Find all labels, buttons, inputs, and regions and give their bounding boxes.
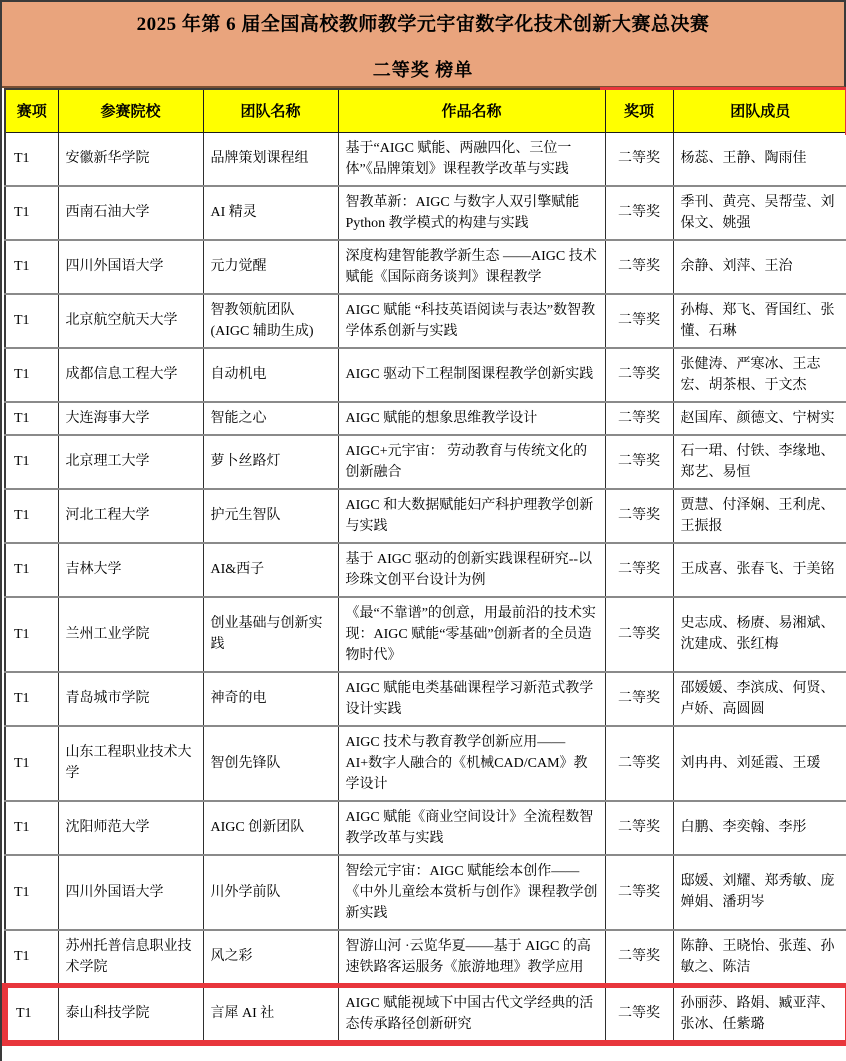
cell-members: 邸媛、刘耀、郑秀敏、庞婵娟、潘玥岑 (673, 855, 846, 930)
table-row: T1 兰州工业学院 创业基础与创新实践 《最“不靠谱”的创意，用最前沿的技术实现… (5, 597, 846, 672)
cell-members: 史志成、杨赓、易湘斌、沈建成、张红梅 (673, 597, 846, 672)
table-body: T1 安徽新华学院 品牌策划课程组 基于“AIGC 赋能、两融四化、三位一体”《… (5, 132, 846, 1043)
cell-school: 北京理工大学 (58, 435, 203, 489)
cell-award: 二等奖 (605, 543, 673, 597)
table-row: T1 山东工程职业技术大学 智创先锋队 AIGC 技术与教育教学创新应用——AI… (5, 726, 846, 801)
cell-school: 苏州托普信息职业技术学院 (58, 930, 203, 986)
header-work: 作品名称 (338, 89, 605, 132)
cell-members: 张健涛、严寒冰、王志宏、胡茶根、于文杰 (673, 348, 846, 402)
cell-members: 王成喜、张春飞、于美铭 (673, 543, 846, 597)
cell-team: 神奇的电 (203, 672, 338, 726)
cell-members: 孙丽莎、路娟、臧亚萍、张冰、任紫璐 (673, 985, 846, 1043)
header-event: 赛项 (5, 89, 58, 132)
table-row: T1 河北工程大学 护元生智队 AIGC 和大数据赋能妇产科护理教学创新与实践 … (5, 489, 846, 543)
cell-award: 二等奖 (605, 186, 673, 240)
cell-award: 二等奖 (605, 930, 673, 986)
cell-work: AIGC 赋能视域下中国古代文学经典的活态传承路径创新研究 (338, 985, 605, 1043)
cell-members: 余静、刘萍、王治 (673, 240, 846, 294)
cell-award: 二等奖 (605, 855, 673, 930)
cell-event: T1 (5, 402, 58, 435)
table-row: T1 泰山科技学院 言犀 AI 社 AIGC 赋能视域下中国古代文学经典的活态传… (5, 985, 846, 1043)
cell-team: 智教领航团队(AIGC 辅助生成) (203, 294, 338, 348)
table-row: T1 青岛城市学院 神奇的电 AIGC 赋能电类基础课程学习新范式教学设计实践 … (5, 672, 846, 726)
cell-school: 吉林大学 (58, 543, 203, 597)
cell-work: AIGC+元宇宙： 劳动教育与传统文化的创新融合 (338, 435, 605, 489)
table-row: T1 四川外国语大学 元力觉醒 深度构建智能教学新生态 ——AIGC 技术赋能《… (5, 240, 846, 294)
cell-work: AIGC 赋能 “科技英语阅读与表达”数智教学体系创新与实践 (338, 294, 605, 348)
cell-team: AIGC 创新团队 (203, 801, 338, 855)
cell-event: T1 (5, 930, 58, 986)
cell-members: 陈静、王晓怡、张莲、孙敏之、陈洁 (673, 930, 846, 986)
cell-team: 萝卜丝路灯 (203, 435, 338, 489)
cell-team: 元力觉醒 (203, 240, 338, 294)
header-award: 奖项 (605, 89, 673, 132)
cell-school: 西南石油大学 (58, 186, 203, 240)
cell-work: AIGC 赋能电类基础课程学习新范式教学设计实践 (338, 672, 605, 726)
table-header: 赛项 参赛院校 团队名称 作品名称 奖项 团队成员 (5, 89, 846, 132)
awards-table: 赛项 参赛院校 团队名称 作品名称 奖项 团队成员 T1 安徽新华学院 品牌策划… (2, 88, 846, 1046)
cell-work: AIGC 赋能的想象思维教学设计 (338, 402, 605, 435)
header-members: 团队成员 (673, 89, 846, 132)
cell-members: 白鹏、李奕翰、李彤 (673, 801, 846, 855)
cell-work: 智绘元宇宙：AIGC 赋能绘本创作——《中外儿童绘本赏析与创作》课程教学创新实践 (338, 855, 605, 930)
cell-award: 二等奖 (605, 294, 673, 348)
cell-event: T1 (5, 543, 58, 597)
cell-work: 深度构建智能教学新生态 ——AIGC 技术赋能《国际商务谈判》课程教学 (338, 240, 605, 294)
cell-award: 二等奖 (605, 597, 673, 672)
cell-members: 孙梅、郑飞、胥国红、张懂、石琳 (673, 294, 846, 348)
cell-work: 《最“不靠谱”的创意，用最前沿的技术实现：AIGC 赋能“零基础”创新者的全员造… (338, 597, 605, 672)
header-team: 团队名称 (203, 89, 338, 132)
table-row: T1 大连海事大学 智能之心 AIGC 赋能的想象思维教学设计 二等奖 赵国库、… (5, 402, 846, 435)
cell-event: T1 (5, 726, 58, 801)
cell-award: 二等奖 (605, 672, 673, 726)
cell-event: T1 (5, 672, 58, 726)
cell-award: 二等奖 (605, 726, 673, 801)
cell-school: 北京航空航天大学 (58, 294, 203, 348)
cell-team: 品牌策划课程组 (203, 132, 338, 186)
cell-work: 基于“AIGC 赋能、两融四化、三位一体”《品牌策划》课程教学改革与实践 (338, 132, 605, 186)
cell-school: 青岛城市学院 (58, 672, 203, 726)
cell-award: 二等奖 (605, 801, 673, 855)
cell-award: 二等奖 (605, 132, 673, 186)
title-block: 2025 年第 6 届全国高校教师教学元宇宙数字化技术创新大赛总决赛 二等奖 榜… (2, 2, 846, 88)
header-row: 赛项 参赛院校 团队名称 作品名称 奖项 团队成员 (5, 89, 846, 132)
cell-work: AIGC 技术与教育教学创新应用——AI+数字人融合的《机械CAD/CAM》教学… (338, 726, 605, 801)
cell-event: T1 (5, 855, 58, 930)
red-annotation-top-line (600, 87, 846, 90)
cell-school: 兰州工业学院 (58, 597, 203, 672)
cell-school: 河北工程大学 (58, 489, 203, 543)
cell-members: 石一珺、付铁、李缘地、郑艺、易恒 (673, 435, 846, 489)
cell-award: 二等奖 (605, 985, 673, 1043)
table-row: T1 北京航空航天大学 智教领航团队(AIGC 辅助生成) AIGC 赋能 “科… (5, 294, 846, 348)
cell-members: 贾慧、付泽娴、王利虎、王振报 (673, 489, 846, 543)
cell-members: 刘冉冉、刘延霞、王瑗 (673, 726, 846, 801)
table-row: T1 沈阳师范大学 AIGC 创新团队 AIGC 赋能《商业空间设计》全流程数智… (5, 801, 846, 855)
cell-event: T1 (5, 985, 58, 1043)
table-row: T1 吉林大学 AI&西子 基于 AIGC 驱动的创新实践课程研究--以珍珠文创… (5, 543, 846, 597)
cell-team: 风之彩 (203, 930, 338, 986)
cell-members: 杨蕊、王静、陶雨佳 (673, 132, 846, 186)
table-row: T1 成都信息工程大学 自动机电 AIGC 驱动下工程制图课程教学创新实践 二等… (5, 348, 846, 402)
cell-team: 智能之心 (203, 402, 338, 435)
cell-work: AIGC 赋能《商业空间设计》全流程数智教学改革与实践 (338, 801, 605, 855)
cell-members: 赵国库、颜德文、宁树实 (673, 402, 846, 435)
cell-work: AIGC 和大数据赋能妇产科护理教学创新与实践 (338, 489, 605, 543)
cell-award: 二等奖 (605, 402, 673, 435)
cell-event: T1 (5, 294, 58, 348)
cell-work: 智教革新：AIGC 与数字人双引擎赋能 Python 教学模式的构建与实践 (338, 186, 605, 240)
table-row: T1 北京理工大学 萝卜丝路灯 AIGC+元宇宙： 劳动教育与传统文化的创新融合… (5, 435, 846, 489)
cell-members: 季刊、黄亮、吴帮莹、刘保文、姚强 (673, 186, 846, 240)
cell-team: 言犀 AI 社 (203, 985, 338, 1043)
cell-school: 大连海事大学 (58, 402, 203, 435)
cell-event: T1 (5, 597, 58, 672)
cell-school: 四川外国语大学 (58, 855, 203, 930)
cell-team: 创业基础与创新实践 (203, 597, 338, 672)
header-school: 参赛院校 (58, 89, 203, 132)
cell-school: 成都信息工程大学 (58, 348, 203, 402)
page-subtitle: 二等奖 榜单 (2, 56, 844, 82)
cell-team: AI 精灵 (203, 186, 338, 240)
cell-event: T1 (5, 186, 58, 240)
cell-members: 邵媛媛、李滨成、何贤、卢娇、高圆圆 (673, 672, 846, 726)
award-list-page: 2025 年第 6 届全国高校教师教学元宇宙数字化技术创新大赛总决赛 二等奖 榜… (0, 0, 846, 1061)
cell-work: 智游山河 ·云览华夏——基于 AIGC 的高速铁路客运服务《旅游地理》教学应用 (338, 930, 605, 986)
cell-award: 二等奖 (605, 348, 673, 402)
cell-work: AIGC 驱动下工程制图课程教学创新实践 (338, 348, 605, 402)
cell-event: T1 (5, 489, 58, 543)
cell-school: 安徽新华学院 (58, 132, 203, 186)
table-row: T1 安徽新华学院 品牌策划课程组 基于“AIGC 赋能、两融四化、三位一体”《… (5, 132, 846, 186)
cell-team: 智创先锋队 (203, 726, 338, 801)
cell-work: 基于 AIGC 驱动的创新实践课程研究--以珍珠文创平台设计为例 (338, 543, 605, 597)
cell-team: 护元生智队 (203, 489, 338, 543)
cell-event: T1 (5, 240, 58, 294)
cell-event: T1 (5, 435, 58, 489)
cell-school: 山东工程职业技术大学 (58, 726, 203, 801)
cell-event: T1 (5, 132, 58, 186)
cell-team: 川外学前队 (203, 855, 338, 930)
cell-team: 自动机电 (203, 348, 338, 402)
cell-school: 四川外国语大学 (58, 240, 203, 294)
page-title: 2025 年第 6 届全国高校教师教学元宇宙数字化技术创新大赛总决赛 (2, 13, 844, 37)
table-row: T1 苏州托普信息职业技术学院 风之彩 智游山河 ·云览华夏——基于 AIGC … (5, 930, 846, 986)
table-row: T1 四川外国语大学 川外学前队 智绘元宇宙：AIGC 赋能绘本创作——《中外儿… (5, 855, 846, 930)
cell-award: 二等奖 (605, 435, 673, 489)
cell-school: 泰山科技学院 (58, 985, 203, 1043)
cell-event: T1 (5, 348, 58, 402)
cell-team: AI&西子 (203, 543, 338, 597)
cell-award: 二等奖 (605, 489, 673, 543)
cell-award: 二等奖 (605, 240, 673, 294)
cell-school: 沈阳师范大学 (58, 801, 203, 855)
cell-event: T1 (5, 801, 58, 855)
table-row: T1 西南石油大学 AI 精灵 智教革新：AIGC 与数字人双引擎赋能 Pyth… (5, 186, 846, 240)
